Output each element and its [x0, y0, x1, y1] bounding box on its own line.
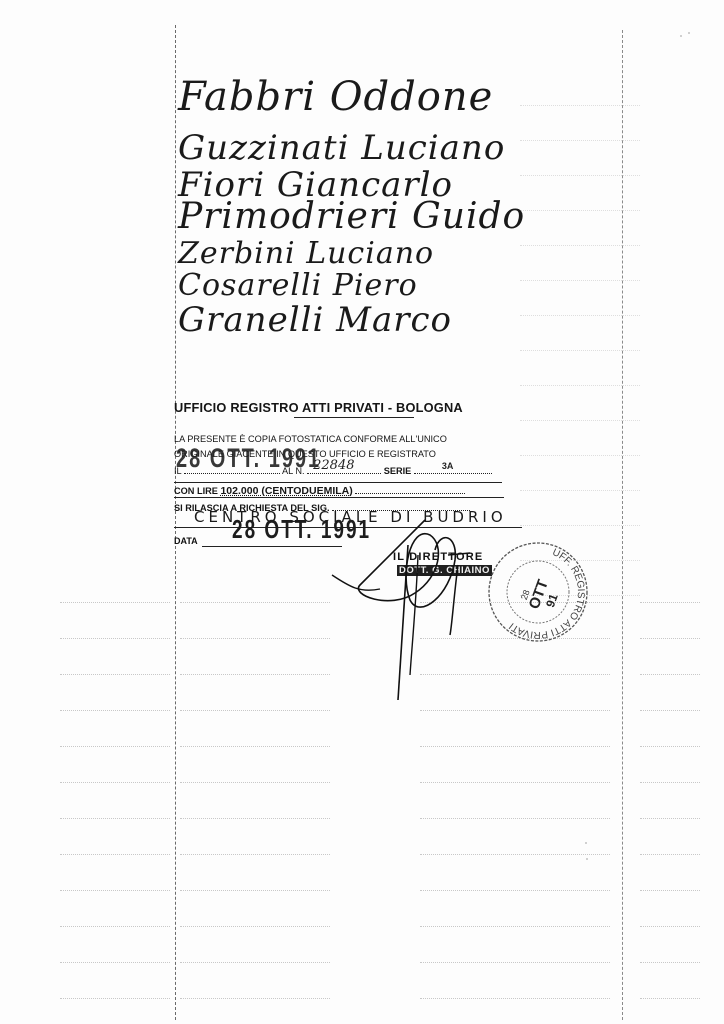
ruled-line [60, 674, 170, 675]
stamp-title: UFFICIO REGISTRO ATTI PRIVATI - BOLOGNA [174, 400, 504, 415]
signature-line: Zerbini Luciano [178, 236, 434, 271]
stamp-rule [174, 497, 504, 498]
ruled-line [640, 638, 700, 639]
ruled-line [60, 854, 170, 855]
signature-line: Granelli Marco [178, 300, 452, 340]
ruled-line [180, 962, 330, 963]
ruled-line [420, 854, 610, 855]
amount-dotted-field [355, 484, 465, 494]
seal-year: 91 [543, 592, 561, 610]
ruled-line [420, 890, 610, 891]
registry-stamp: UFFICIO REGISTRO ATTI PRIVATI - BOLOGNA … [174, 400, 504, 415]
stamp-conformity-line: LA PRESENTE È COPIA FOTOSTATICA CONFORME… [174, 434, 447, 444]
ruled-line [520, 420, 640, 421]
scan-speck [680, 35, 682, 37]
ruled-line [640, 746, 700, 747]
ruled-line [420, 818, 610, 819]
director-signature [330, 515, 500, 715]
stamp-amount-line: CON LIRE 102.000 (CENTODUEMILA) [174, 484, 465, 497]
ruled-line [520, 105, 640, 106]
ruled-line [520, 350, 640, 351]
signature-line: Cosarelli Piero [178, 268, 418, 303]
ruled-line [180, 818, 330, 819]
ruled-line [180, 854, 330, 855]
ruled-line [60, 926, 170, 927]
ruled-line [640, 890, 700, 891]
ruled-line [520, 140, 640, 141]
ruled-line [520, 490, 640, 491]
ruled-line [60, 818, 170, 819]
left-margin-line [175, 25, 176, 1020]
ruled-line [520, 175, 640, 176]
ruled-line [640, 818, 700, 819]
ruled-line [60, 746, 170, 747]
ruled-line [60, 890, 170, 891]
ruled-line [180, 926, 330, 927]
ruled-line [180, 890, 330, 891]
data-label: DATA [174, 536, 198, 546]
ruled-line [60, 962, 170, 963]
ruled-line [180, 710, 330, 711]
serie-field: 3A [414, 464, 492, 474]
ruled-line [420, 782, 610, 783]
signature-line: Primodrieri Guido [178, 196, 525, 237]
ruled-line [640, 674, 700, 675]
title-underline [294, 417, 414, 418]
ruled-line [520, 385, 640, 386]
ruled-line [520, 210, 640, 211]
ruled-line [420, 998, 610, 999]
scanned-document-page: Fabbri Oddone Guzzinati Luciano Fiori Gi… [0, 0, 724, 1024]
ruled-line [60, 602, 170, 603]
ruled-line [180, 746, 330, 747]
data-underline [202, 546, 342, 547]
ruled-line [520, 280, 640, 281]
ruled-line [420, 746, 610, 747]
signature-line: Guzzinati Luciano [178, 128, 505, 168]
round-registry-seal: UFF. REGISTRO ATTI PRIVATI 28 OTT 91 [486, 540, 590, 644]
ruled-line [180, 602, 330, 603]
serie-label: SERIE [384, 466, 412, 476]
ruled-line [420, 962, 610, 963]
ruled-line [60, 710, 170, 711]
ruled-line [60, 998, 170, 999]
con-lire-label: CON LIRE [174, 486, 218, 496]
ruled-line [420, 926, 610, 927]
ruled-line [640, 710, 700, 711]
ruled-line [60, 782, 170, 783]
serie-value: 3A [442, 461, 454, 471]
ruled-line [180, 674, 330, 675]
stamp-rule [174, 482, 502, 483]
ruled-line [520, 245, 640, 246]
ruled-line [640, 782, 700, 783]
amount-value: 102.000 (CENTODUEMILA) [220, 485, 352, 497]
ruled-line [640, 602, 700, 603]
ruled-line [180, 998, 330, 999]
scan-speck [586, 858, 588, 860]
ruled-line [180, 638, 330, 639]
ruled-line [180, 782, 330, 783]
scan-speck [688, 32, 690, 34]
signature-line: Fabbri Oddone [178, 74, 493, 120]
scan-speck [585, 842, 587, 844]
ruled-line [640, 926, 700, 927]
ruled-line [640, 962, 700, 963]
ruled-line [520, 455, 640, 456]
ruled-line [640, 854, 700, 855]
ruled-line [520, 525, 640, 526]
ruled-line [640, 998, 700, 999]
ruled-line [520, 315, 640, 316]
ruled-line [60, 638, 170, 639]
registered-date-stamp: 28 OTT. 1991 [176, 444, 321, 475]
